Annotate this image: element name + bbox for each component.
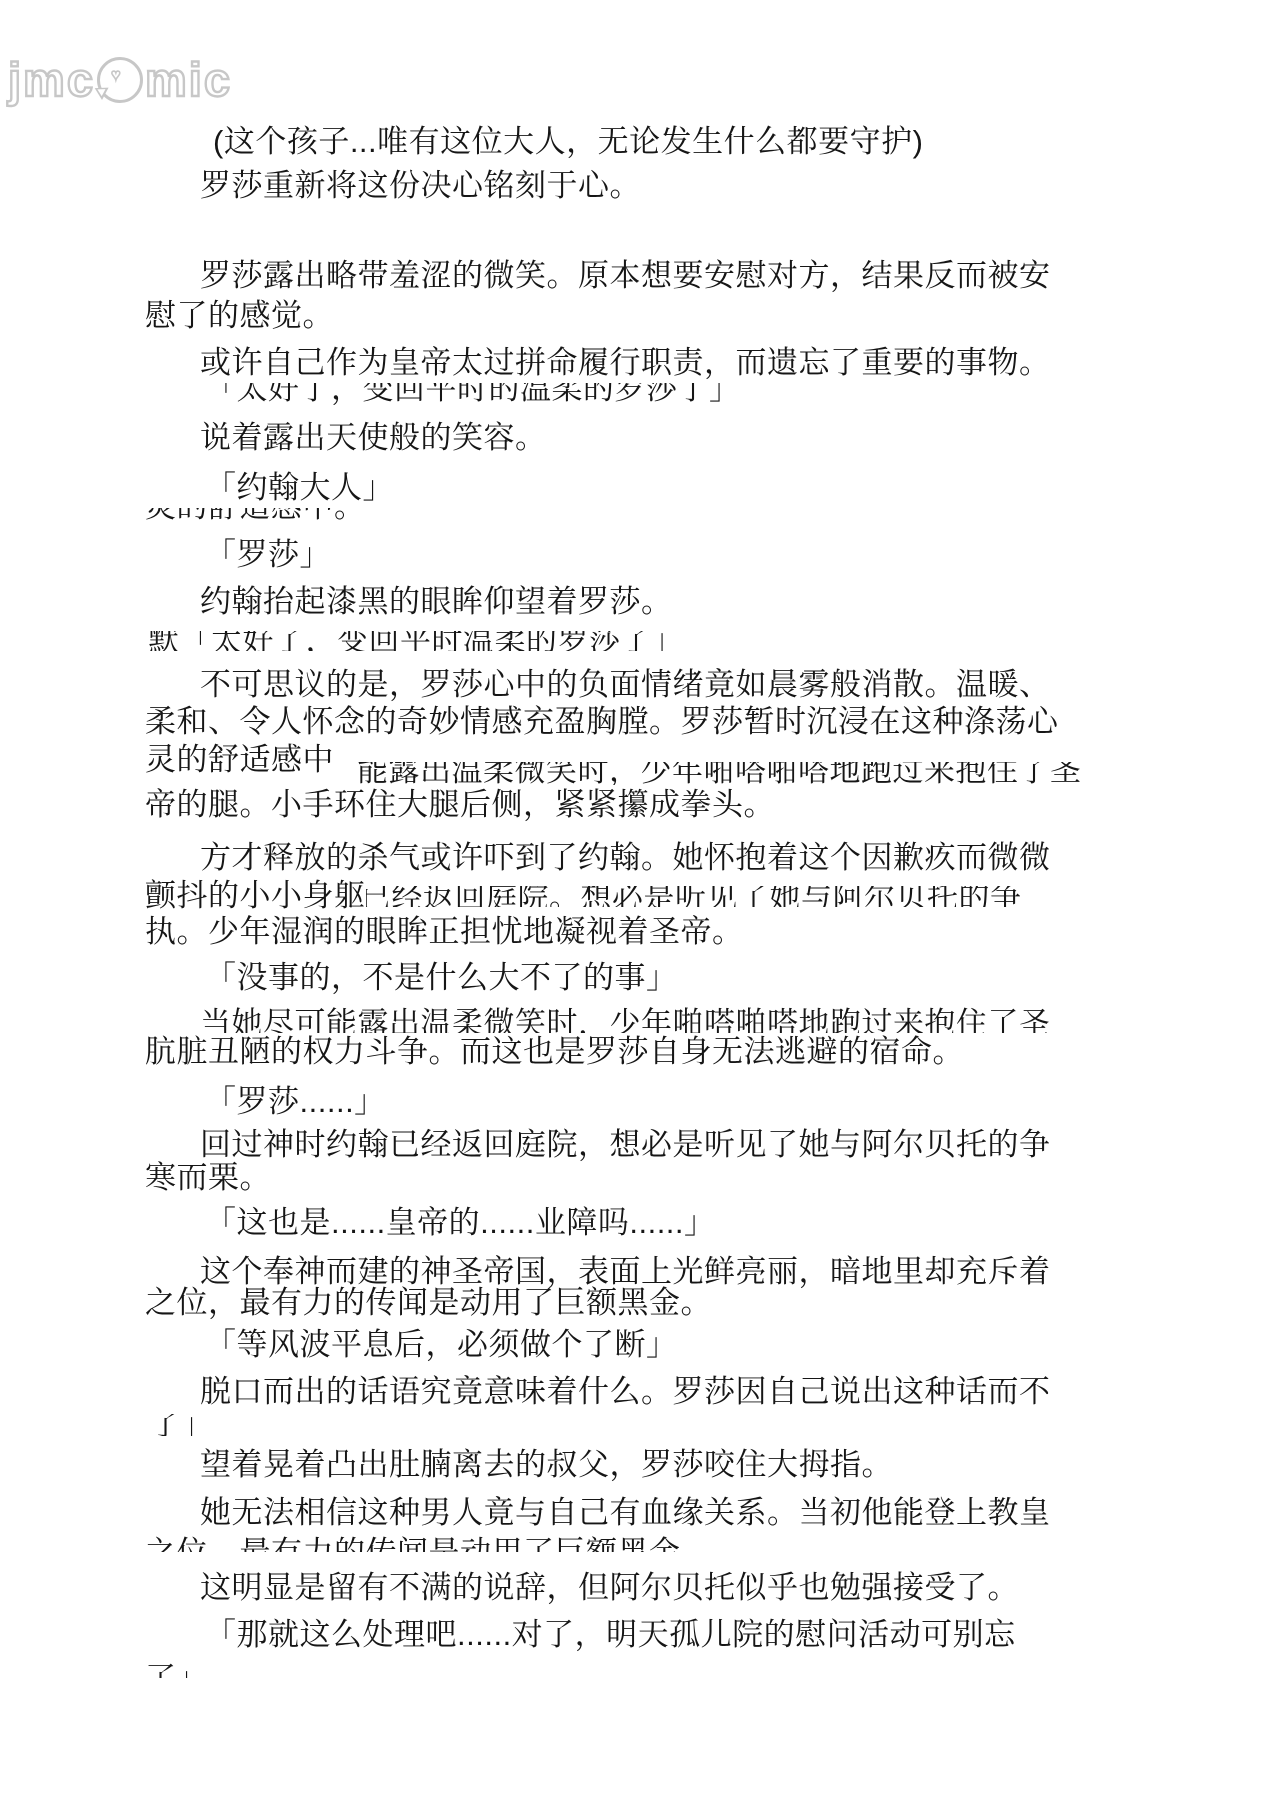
text-line: 能露出温柔微笑时，少年啪嗒啪嗒地跑过来抱住了圣: [357, 762, 1082, 785]
text-line: 柔和、令人怀念的奇妙情感充盈胸膛。罗莎暂时沉浸在这种涤荡心: [145, 704, 1059, 740]
text-line: 了」: [150, 1414, 213, 1436]
text-line: 「那就这么处理吧......对了，明天孤儿院的慰问活动可别忘: [205, 1617, 1016, 1653]
text-line: 慰了的感觉。: [145, 298, 334, 334]
text-line: 颤抖的小小身躯: [145, 878, 366, 914]
text-line: 「这也是......皇帝的......业障吗......」: [205, 1205, 716, 1241]
text-line: 回过神时约翰已经返回庭院，想必是听见了她与阿尔贝托的争: [200, 1127, 1051, 1163]
text-line: 「罗莎」: [205, 537, 331, 573]
text-line: 帝的腿。小手环住大腿后侧，紧紧攥成拳头。: [145, 787, 775, 823]
text-line: 罗莎露出略带羞涩的微笑。原本想要安慰对方，结果反而被安: [200, 258, 1051, 294]
text-line: 灵的舒适感中: [145, 742, 334, 778]
text-line: 之位，最有力的传闻是动用了巨额黑金。: [145, 1535, 712, 1552]
text-line: 说着露出天使般的笑容。: [200, 420, 547, 456]
text-line: 不可思议的是，罗莎心中的负面情绪竟如晨雾般消散。温暖、: [200, 667, 1051, 703]
text-line: 灵的舒适感中。: [145, 508, 366, 522]
text-line: 了」: [145, 1661, 208, 1678]
text-line: 已经返回庭院。想必是听见了她与阿尔贝托的争: [360, 886, 1022, 907]
text-line: 罗莎重新将这份决心铭刻于心。: [200, 168, 641, 204]
text-line: 「罗莎......」: [205, 1084, 386, 1120]
text-line: 「太好了，变回平时的温柔的罗莎了」: [205, 383, 741, 405]
text-line: 她无法相信这种男人竟与自己有血缘关系。当初他能登上教皇: [200, 1495, 1051, 1531]
text-line: 当她尽可能露出温柔微笑时，少年啪嗒啪嗒地跑过来抱住了圣: [200, 1006, 1051, 1033]
text-line: 这明显是留有不满的说辞，但阿尔贝托似乎也勉强接受了。: [200, 1570, 1019, 1606]
novel-page: { "page": { "background": "#ffffff", "te…: [0, 0, 1280, 1809]
text-line: 「等风波平息后，必须做个了断」: [205, 1327, 678, 1363]
text-line: (这个孩子...唯有这位大人，无论发生什么都要守护): [213, 124, 923, 160]
text-line: 之位，最有力的传闻是动用了巨额黑金。: [145, 1285, 712, 1321]
text-line: 方才释放的杀气或许吓到了约翰。她怀抱着这个因歉疚而微微: [200, 840, 1051, 876]
text-line: 「约翰大人」: [205, 470, 394, 506]
text-line: 肮脏丑陋的权力斗争。而这也是罗莎自身无法逃避的宿命。: [145, 1034, 964, 1070]
text-lines: (这个孩子...唯有这位大人，无论发生什么都要守护)罗莎重新将这份决心铭刻于心。…: [0, 0, 1280, 1809]
text-line: 寒而栗。: [145, 1160, 271, 1196]
text-line: 约翰抬起漆黑的眼眸仰望着罗莎。: [200, 584, 673, 620]
text-line: 脱口而出的话语究竟意味着什么。罗莎因自己说出这种话而不: [200, 1374, 1051, 1410]
text-line: 默「太好了，变回平时温柔的罗莎了」: [148, 631, 684, 651]
text-line: 「没事的，不是什么大不了的事」: [205, 960, 678, 996]
text-line: 执。少年湿润的眼眸正担忧地凝视着圣帝。: [145, 914, 744, 950]
text-line: 或许自己作为皇帝太过拼命履行职责，而遗忘了重要的事物。: [200, 345, 1051, 381]
text-line: 望着晃着凸出肚腩离去的叔父，罗莎咬住大拇指。: [200, 1447, 893, 1483]
